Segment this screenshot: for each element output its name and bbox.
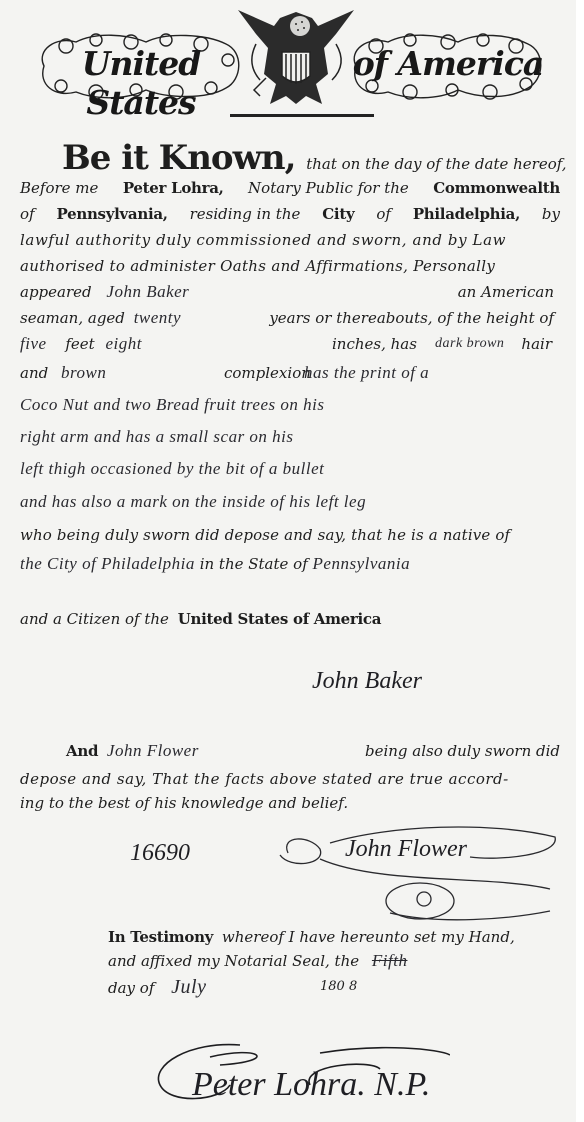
age-handwritten: twenty — [134, 308, 181, 327]
witness-name-handwritten: John Flower — [107, 741, 199, 760]
text-complexion: complexion — [224, 362, 311, 384]
line-native: who being duly sworn did depose and say,… — [20, 524, 560, 546]
text-also-sworn: being also duly sworn did — [365, 740, 560, 762]
birthplace-city-handwritten: the City of Philadelphia — [20, 554, 195, 573]
line-belief: ing to the best of his knowledge and bel… — [20, 792, 560, 814]
banner-right: of America — [348, 30, 548, 102]
line-date: day of July 180 8 — [108, 976, 560, 999]
line-notary: Before me Peter Lohra, Notary Public for… — [20, 177, 560, 199]
commonwealth-label: Commonwealth — [433, 177, 560, 199]
text-of-2: of — [376, 203, 391, 225]
feet-handwritten: five — [20, 334, 47, 353]
handwritten-marks-line-4: and has also a mark on the inside of his… — [20, 491, 560, 513]
text-residing: residing in the — [190, 203, 301, 225]
text-state-of: in the State of — [200, 555, 308, 573]
document-page: United States of America — [0, 0, 576, 1122]
line-appeared: appeared John Baker an American — [20, 281, 560, 303]
in-testimony-heading: In Testimony — [108, 928, 213, 946]
text-of: of — [20, 203, 35, 225]
witness-signature-flourish-icon — [270, 815, 560, 925]
line-complexion: and brown complexion has the print of a — [20, 362, 560, 384]
line-authority: lawful authority duly commissioned and s… — [20, 229, 560, 251]
witness-signature: John Flower — [345, 836, 467, 863]
text-day-of: day of — [108, 979, 154, 997]
text-notarial-seal: and affixed my Notarial Seal, the — [108, 952, 359, 970]
city-label: City — [322, 203, 354, 225]
text-american: an American — [458, 281, 554, 303]
handwritten-marks-line-3: left thigh occasioned by the bit of a bu… — [20, 458, 560, 480]
banner-title-left: United States — [36, 44, 246, 122]
text-seaman-aged: seaman, aged — [20, 309, 125, 327]
text-before-me: Before me — [20, 177, 98, 199]
line-citizen: and a Citizen of the United States of Am… — [20, 608, 560, 630]
text-and: and — [20, 364, 48, 382]
seaman-signature: John Baker — [312, 668, 422, 695]
document-header: United States of America — [30, 4, 560, 119]
text-and-bold: And — [66, 742, 98, 760]
line-height: five feet eight inches, has dark brown h… — [20, 333, 560, 355]
inches-handwritten: eight — [105, 334, 142, 353]
hair-handwritten: dark brown — [435, 333, 504, 355]
line-facts: depose and say, That the facts above sta… — [20, 768, 560, 790]
be-it-known-heading: Be it Known, — [62, 138, 295, 178]
line-oaths: authorised to administer Oaths and Affir… — [20, 255, 560, 277]
text-by: by — [542, 203, 560, 225]
text-citizen: and a Citizen of the — [20, 610, 169, 628]
line-age: seaman, aged twenty years or thereabouts… — [20, 307, 560, 329]
city-name: Philadelphia, — [413, 203, 520, 225]
line-birthplace: the City of Philadelphia in the State of… — [20, 553, 560, 575]
text-appeared: appeared — [20, 283, 92, 301]
month-handwritten: July — [171, 976, 206, 998]
text-hair: hair — [521, 333, 552, 355]
scan-edge — [576, 0, 584, 1122]
country-name: United States of America — [178, 610, 381, 628]
marks-handwritten-start: has the print of a — [304, 362, 429, 384]
text-inches: inches, has — [332, 333, 417, 355]
seaman-name-handwritten: John Baker — [106, 282, 189, 301]
line-witness: And John Flower being also duly sworn di… — [66, 740, 560, 762]
handwritten-marks-line-1: Coco Nut and two Bread fruit trees on hi… — [20, 394, 560, 416]
text-notary-public: Notary Public for the — [248, 177, 409, 199]
line-seal: and affixed my Notarial Seal, the Fifth — [108, 950, 560, 972]
year: 180 8 — [320, 976, 357, 998]
notary-name: Peter Lohra, — [123, 177, 224, 199]
birthplace-state-handwritten: Pennsylvania — [313, 554, 411, 573]
banner-title-right: of America — [348, 44, 548, 83]
line-testimony: In Testimony whereof I have hereunto set… — [108, 926, 560, 948]
protection-number: 16690 — [130, 840, 190, 867]
header-rule — [230, 114, 374, 117]
text-hand: whereof I have hereunto set my Hand, — [222, 928, 515, 946]
state-name: Pennsylvania, — [57, 203, 168, 225]
notary-signature: Peter Lohra. N.P. — [192, 1066, 430, 1104]
eagle-seal-icon — [236, 4, 356, 114]
complexion-handwritten: brown — [61, 363, 106, 382]
text-feet: feet — [65, 335, 94, 353]
line-state: of Pennsylvania, residing in the City of… — [20, 203, 560, 225]
opening-text: that on the day of the date hereof, — [306, 155, 566, 173]
day-handwritten: Fifth — [372, 951, 408, 970]
banner-left: United States — [36, 30, 246, 102]
handwritten-marks-line-2: right arm and has a small scar on his — [20, 426, 560, 448]
text-height: years or thereabouts, of the height of — [269, 307, 554, 329]
